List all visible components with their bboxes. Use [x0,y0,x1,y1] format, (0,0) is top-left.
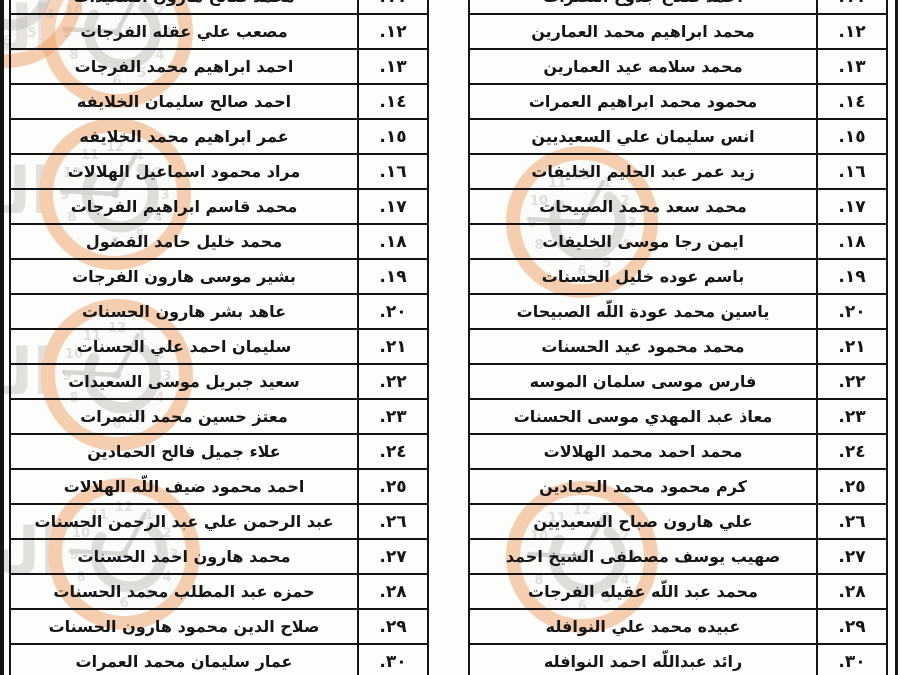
row-number: ٢٤. [357,435,427,468]
row-name: عبد الرحمن علي عبد الرحمن الحسنات [11,505,357,538]
row-number: ٢١. [816,330,886,363]
row-name: عمار سليمان محمد العمرات [11,645,357,675]
row-number: ٢٥. [357,470,427,503]
row-number: ٢٩. [816,610,886,643]
row-number: ١١. [357,0,427,13]
table-row: ٢٨. محمد عبد اللّه عقيله الفرجات [470,575,886,610]
table-row: ٢٧. صهيب يوسف مصطفى الشيخ احمد [470,540,886,575]
row-name: عاهد بشر هارون الحسنات [11,295,357,328]
table-row: ٢٥. احمد محمود ضيف اللّه الهلالات [11,470,427,505]
table-row: ٢٥. كرم محمود محمد الحمادين [470,470,886,505]
row-number: ٢٠. [357,295,427,328]
table-row: ٢٢. فارس موسى سلمان الموسه [470,365,886,400]
row-number: ١٧. [816,190,886,223]
row-number: ١٥. [357,120,427,153]
table-row: ٣٠. رائد عبداللّه احمد النوافله [470,645,886,675]
name-list-table-left: ١١. محمد صالح هارون السعيدات ١٢. مصعب عل… [9,0,429,675]
row-name: انس سليمان علي السعيديين [470,120,816,153]
table-row: ٢٦. علي هارون صباح السعيديين [470,505,886,540]
row-number: ٢٨. [357,575,427,608]
row-number: ٢٨. [816,575,886,608]
row-number: ٢٥. [816,470,886,503]
table-row: ٢١. سليمان احمد علي الحسنات [11,330,427,365]
table-row: ١٥. انس سليمان علي السعيديين [470,120,886,155]
row-name: علاء جميل فالح الحمادين [11,435,357,468]
row-name: كرم محمود محمد الحمادين [470,470,816,503]
table-row: ٢٣. معاذ عبد المهدي موسى الحسنات [470,400,886,435]
table-row: ١٢. محمد ابراهيم محمد العمارين [470,15,886,50]
table-row: ٢٩. عبيده محمد علي النوافله [470,610,886,645]
name-list-table-right: ١١. احمد صلاح جدوع النصرات ١٢. محمد ابرا… [468,0,888,675]
table-row: ١١. احمد صلاح جدوع النصرات [470,0,886,15]
row-name: عمر ابراهيم محمد الخلايفه [11,120,357,153]
row-number: ٢٠. [816,295,886,328]
row-name: محمد هارون احمد الحسنات [11,540,357,573]
row-number: ١٧. [357,190,427,223]
row-name: مصعب علي عقله الفرجات [11,15,357,48]
table-row: ٢٩. صلاح الدين محمود هارون الحسنات [11,610,427,645]
table-row: ١٣. احمد ابراهيم محمد الفرجات [11,50,427,85]
table-row: ١٩. بشير موسى هارون الفرجات [11,260,427,295]
row-name: باسم عوده خليل الحسنات [470,260,816,293]
table-row: ١٦. زيد عمر عبد الحليم الخليفات [470,155,886,190]
table-row: ١٩. باسم عوده خليل الحسنات [470,260,886,295]
row-name: معاذ عبد المهدي موسى الحسنات [470,400,816,433]
row-name: سعيد جبريل موسى السعيدات [11,365,357,398]
row-number: ١١. [816,0,886,13]
table-row: ٢٧. محمد هارون احمد الحسنات [11,540,427,575]
row-name: محمد سعد محمد الصبيحات [470,190,816,223]
row-name: احمد ابراهيم محمد الفرجات [11,50,357,83]
table-row: ١٨. ايمن رجا موسى الخليفات [470,225,886,260]
row-name: احمد صالح سليمان الخلايفه [11,85,357,118]
page-frame-right [895,0,898,675]
row-number: ١٦. [816,155,886,188]
row-name: ايمن رجا موسى الخليفات [470,225,816,258]
row-number: ١٣. [357,50,427,83]
row-name: ياسين محمد عودة اللّه الصبيحات [470,295,816,328]
row-number: ٣٠. [816,645,886,675]
row-number: ٢١. [357,330,427,363]
table-row: ١٧. محمد قاسم ابراهيم الفرجات [11,190,427,225]
table-row: ٢١. محمد محمود عيد الحسنات [470,330,886,365]
row-name: عبيده محمد علي النوافله [470,610,816,643]
table-row: ١٥. عمر ابراهيم محمد الخلايفه [11,120,427,155]
row-name: صلاح الدين محمود هارون الحسنات [11,610,357,643]
row-number: ٢٤. [816,435,886,468]
row-name: محمد محمود عيد الحسنات [470,330,816,363]
row-name: علي هارون صباح السعيديين [470,505,816,538]
row-name: محمود محمد ابراهيم العمرات [470,85,816,118]
table-row: ٢٣. معتز حسين محمد النصرات [11,400,427,435]
table-row: ٢٠. ياسين محمد عودة اللّه الصبيحات [470,295,886,330]
row-number: ٢٦. [357,505,427,538]
row-name: مراد محمود اسماعيل الهلالات [11,155,357,188]
row-name: محمد احمد محمد الهلالات [470,435,816,468]
row-name: صهيب يوسف مصطفى الشيخ احمد [470,540,816,573]
table-row: ١٤. احمد صالح سليمان الخلايفه [11,85,427,120]
row-name: رائد عبداللّه احمد النوافله [470,645,816,675]
scanned-document-page: { "watermark": { "title": "الساعة", "sub… [0,0,900,675]
page-frame-left [0,0,4,675]
table-row: ١٤. محمود محمد ابراهيم العمرات [470,85,886,120]
row-name: زيد عمر عبد الحليم الخليفات [470,155,816,188]
row-name: محمد صالح هارون السعيدات [11,0,357,13]
table-row: ٣٠. عمار سليمان محمد العمرات [11,645,427,675]
row-number: ١٩. [816,260,886,293]
table-row: ٢٨. حمزه عبد المطلب محمد الحسنات [11,575,427,610]
row-name: بشير موسى هارون الفرجات [11,260,357,293]
table-row: ١٧. محمد سعد محمد الصبيحات [470,190,886,225]
row-number: ٢٧. [816,540,886,573]
row-number: ١٤. [357,85,427,118]
table-row: ٢٤. محمد احمد محمد الهلالات [470,435,886,470]
row-number: ٢٧. [357,540,427,573]
row-number: ١٩. [357,260,427,293]
table-row: ١٦. مراد محمود اسماعيل الهلالات [11,155,427,190]
table-row: ٢٢. سعيد جبريل موسى السعيدات [11,365,427,400]
row-number: ٢٣. [357,400,427,433]
row-number: ١٢. [816,15,886,48]
row-name: معتز حسين محمد النصرات [11,400,357,433]
row-number: ١٣. [816,50,886,83]
row-name: حمزه عبد المطلب محمد الحسنات [11,575,357,608]
row-number: ٢٢. [357,365,427,398]
row-number: ١٥. [816,120,886,153]
row-name: محمد سلامه عيد العمارين [470,50,816,83]
row-name: محمد ابراهيم محمد العمارين [470,15,816,48]
row-number: ١٢. [357,15,427,48]
row-number: ٣٠. [357,645,427,675]
row-number: ٢٦. [816,505,886,538]
table-row: ٢٠. عاهد بشر هارون الحسنات [11,295,427,330]
row-number: ١٨. [357,225,427,258]
row-number: ١٤. [816,85,886,118]
row-number: ٢٣. [816,400,886,433]
row-number: ١٦. [357,155,427,188]
row-number: ٢٢. [816,365,886,398]
table-row: ١٢. مصعب علي عقله الفرجات [11,15,427,50]
table-row: ٢٤. علاء جميل فالح الحمادين [11,435,427,470]
row-name: محمد قاسم ابراهيم الفرجات [11,190,357,223]
row-number: ١٨. [816,225,886,258]
table-row: ١٨. محمد خليل حامد الفضول [11,225,427,260]
row-name: احمد صلاح جدوع النصرات [470,0,816,13]
row-name: سليمان احمد علي الحسنات [11,330,357,363]
table-row: ١١. محمد صالح هارون السعيدات [11,0,427,15]
row-number: ٢٩. [357,610,427,643]
table-row: ١٣. محمد سلامه عيد العمارين [470,50,886,85]
table-row: ٢٦. عبد الرحمن علي عبد الرحمن الحسنات [11,505,427,540]
row-name: احمد محمود ضيف اللّه الهلالات [11,470,357,503]
row-name: محمد عبد اللّه عقيله الفرجات [470,575,816,608]
row-name: فارس موسى سلمان الموسه [470,365,816,398]
row-name: محمد خليل حامد الفضول [11,225,357,258]
